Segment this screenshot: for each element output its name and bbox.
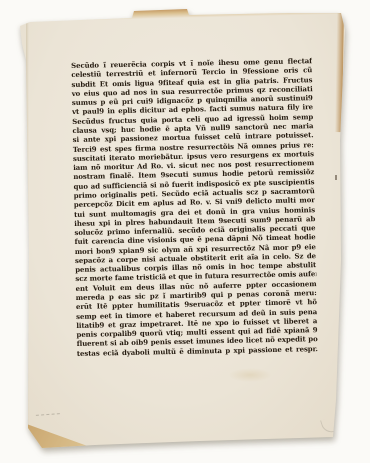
browned-right-edge [335, 12, 344, 132]
leaf-shadow: Secũdo ĩ reuerẽcia corpis vt ĩ noĩe ihes… [0, 0, 370, 463]
pencil-mark-icon [36, 413, 60, 420]
left-edge-shading [26, 22, 29, 432]
pencil-squiggle-icon [320, 416, 339, 435]
browned-top-edge [18, 1, 352, 22]
printed-text-block: Secũdo ĩ reuerẽcia corpis vt ĩ noĩe ihes… [71, 56, 318, 358]
foxing-stain [228, 368, 272, 382]
photograph-background: Secũdo ĩ reuerẽcia corpis vt ĩ noĩe ihes… [0, 0, 370, 463]
bottom-left-corner-fold [26, 421, 92, 449]
edge-speck-icon [335, 175, 337, 180]
incunable-leaf: Secũdo ĩ reuerẽcia corpis vt ĩ noĩe ihes… [0, 0, 370, 463]
